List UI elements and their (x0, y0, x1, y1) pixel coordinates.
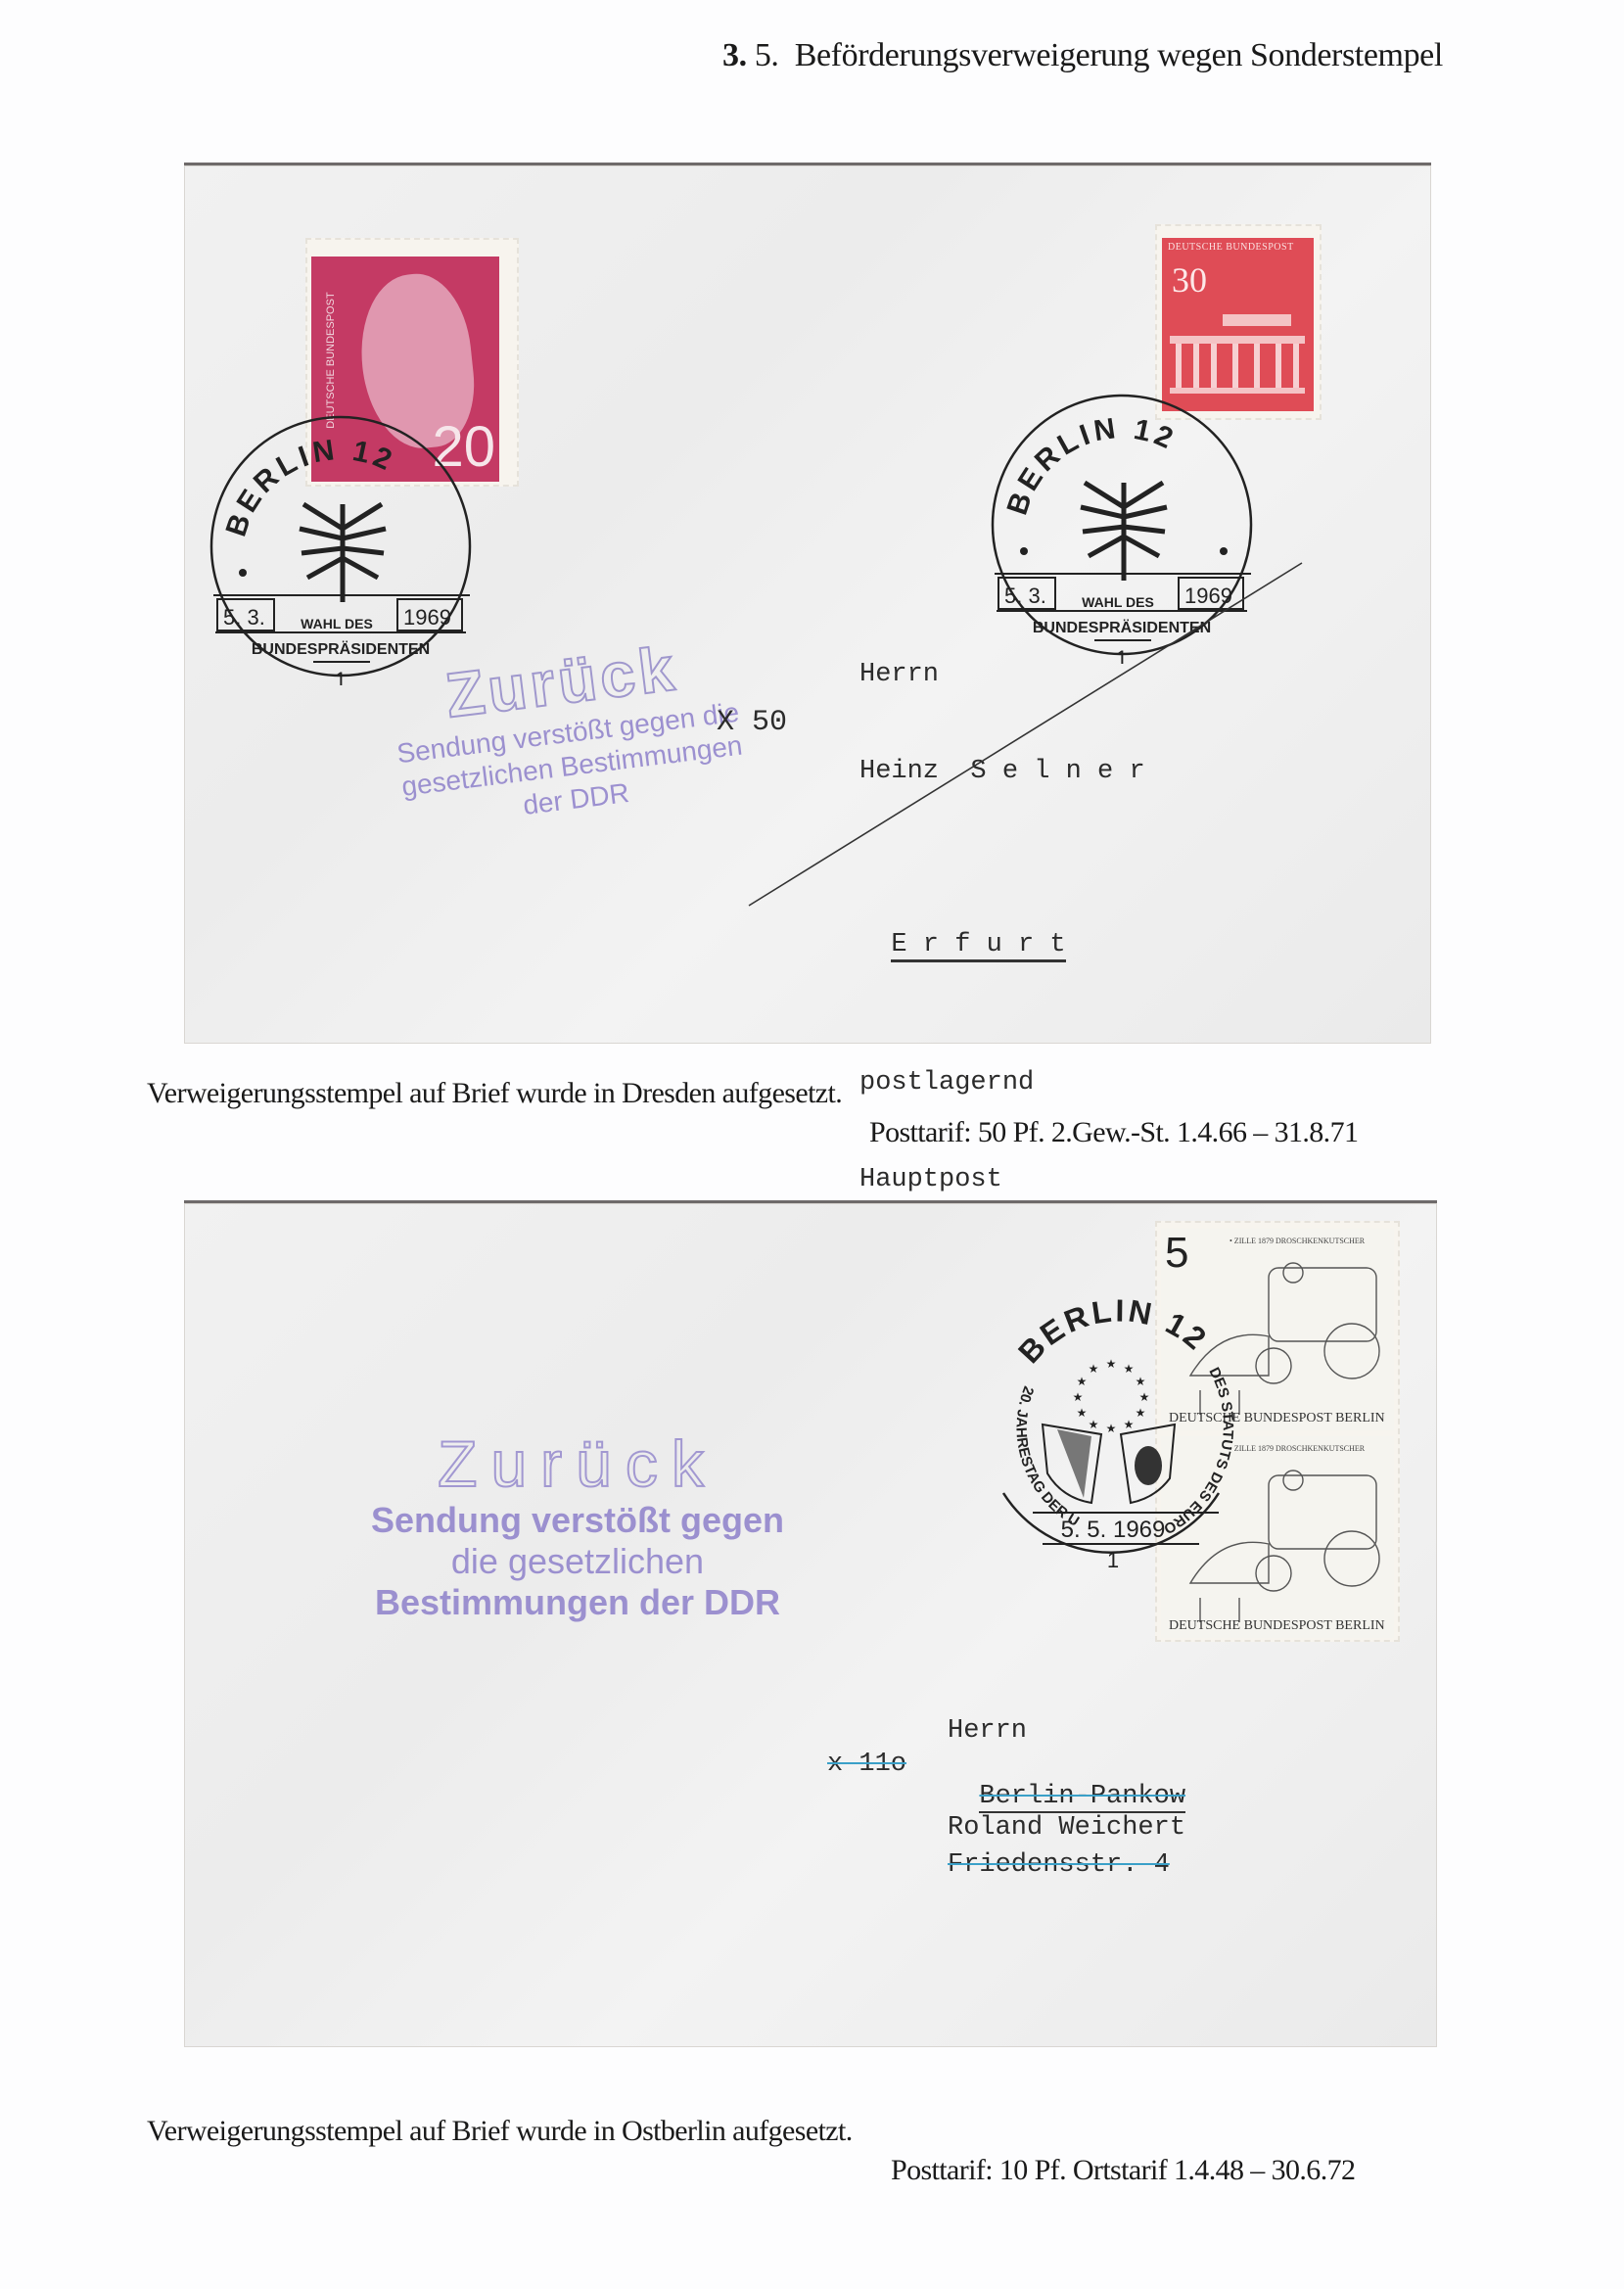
europe-stars-icon: ★★ ★★ ★★ ★★ ★★ ★★ (1073, 1357, 1150, 1435)
cover-1-strike-line (0, 0, 1624, 1077)
svg-text:★: ★ (1136, 1375, 1146, 1388)
cover-2-tariff: Posttarif: 10 Pf. Ortstarif 1.4.48 – 30.… (891, 2154, 1355, 2187)
address-line4: Hauptpost (859, 1164, 1145, 1196)
refusal-line-2: die gesetzlichen (284, 1541, 871, 1582)
svg-text:★: ★ (1136, 1406, 1146, 1420)
svg-text:★: ★ (1124, 1362, 1135, 1376)
svg-text:★: ★ (1106, 1357, 1117, 1371)
cover-2-postmark: BERLIN 12 20. JAHRESTAG DER UNTERZEICHNU… (964, 1278, 1258, 1571)
svg-text:★: ★ (1073, 1390, 1084, 1404)
svg-text:★: ★ (1077, 1406, 1088, 1420)
stamp-bottom-inscription: DEUTSCHE BUNDESPOST BERLIN (1169, 1618, 1385, 1634)
postmark-date: 5. 5. 1969 (1061, 1517, 1166, 1543)
cover-2-postcode: x 11o (827, 1749, 906, 1781)
svg-text:★: ★ (1124, 1418, 1135, 1431)
postmark-code: 1 (1107, 1548, 1119, 1571)
svg-text:★: ★ (1077, 1375, 1088, 1388)
cover-1-tariff: Posttarif: 50 Pf. 2.Gew.-St. 1.4.66 – 31… (869, 1116, 1358, 1149)
svg-text:★: ★ (1089, 1418, 1099, 1431)
address-street: Friedensstr. 4 (948, 1849, 1185, 1882)
address-salutation: Herrn (948, 1715, 1185, 1748)
cover-2-refusal-stamp: Zurück Sendung verstößt gegen die gesetz… (284, 1427, 871, 1623)
refusal-line-3: Bestimmungen der DDR (284, 1582, 871, 1623)
cover-2-caption: Verweigerungsstempel auf Brief wurde in … (147, 2115, 853, 2148)
svg-text:★: ★ (1139, 1390, 1150, 1404)
address-city: Berlin-Pankow (979, 1782, 1185, 1813)
cover-1-caption: Verweigerungsstempel auf Brief wurde in … (147, 1077, 842, 1110)
refusal-title: Zurück (284, 1427, 871, 1500)
svg-text:★: ★ (1106, 1422, 1117, 1435)
refusal-line-1: Sendung verstößt gegen (284, 1500, 871, 1541)
cover-2-address-lower: Berlin-Pankow Friedensstr. 4 (948, 1749, 1185, 1914)
svg-text:★: ★ (1089, 1362, 1099, 1376)
